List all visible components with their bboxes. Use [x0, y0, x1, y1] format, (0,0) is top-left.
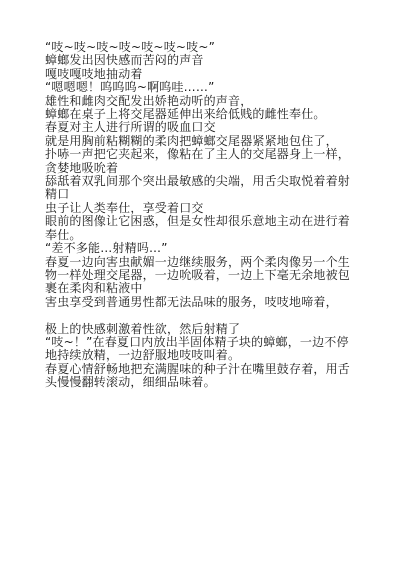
- paragraph: 扑哧一声把它夹起来，像粘在了主人的交尾器身上一样，贪婪地吸吮着: [45, 148, 356, 175]
- paragraph: 舔舐着双乳间那个突出最敏感的尖端，用舌尖取悦着着射精口: [45, 175, 356, 202]
- paragraph: 害虫享受到普通男性都无法品味的服务，吱吱地啼着，: [45, 296, 356, 309]
- paragraph: “吱~！”在春夏口内放出半固体精子块的蟑螂，一边不停地持续放精，一边舒服地吱吱叫…: [45, 336, 356, 363]
- paragraph: 春夏对主人进行所谓的吸血口交: [45, 121, 356, 134]
- paragraph: 春夏一边向害虫献媚一边继续服务，两个柔肉像另一个生物一样处理交尾器，一边吮吸着，…: [45, 256, 356, 296]
- paragraph: “差不多能…射精吗…”: [45, 242, 356, 255]
- document-page: “吱~吱~吱~吱~吱~吱~吱~” 蟑螂发出因快感而苦闷的声音 嘎吱嘎吱地抽动着 …: [0, 0, 400, 566]
- paragraph: 嘎吱嘎吱地抽动着: [45, 68, 356, 81]
- paragraph: 蟑螂发出因快感而苦闷的声音: [45, 54, 356, 67]
- paragraph: “嗯嗯嗯！呜呜呜~啊呜哇……”: [45, 81, 356, 94]
- paragraph: 眼前的图像让它困惑，但是女性却很乐意地主动在进行着奉仕。: [45, 215, 356, 242]
- paragraph: 春夏心情舒畅地把充满腥味的种子汁在嘴里鼓存着，用舌头慢慢翻转滚动，细细品味着。: [45, 363, 356, 390]
- blank-line: [45, 309, 356, 322]
- text-block: “吱~吱~吱~吱~吱~吱~吱~” 蟑螂发出因快感而苦闷的声音 嘎吱嘎吱地抽动着 …: [45, 41, 356, 390]
- paragraph: 极上的快感刺激着性欲，然后射精了: [45, 323, 356, 336]
